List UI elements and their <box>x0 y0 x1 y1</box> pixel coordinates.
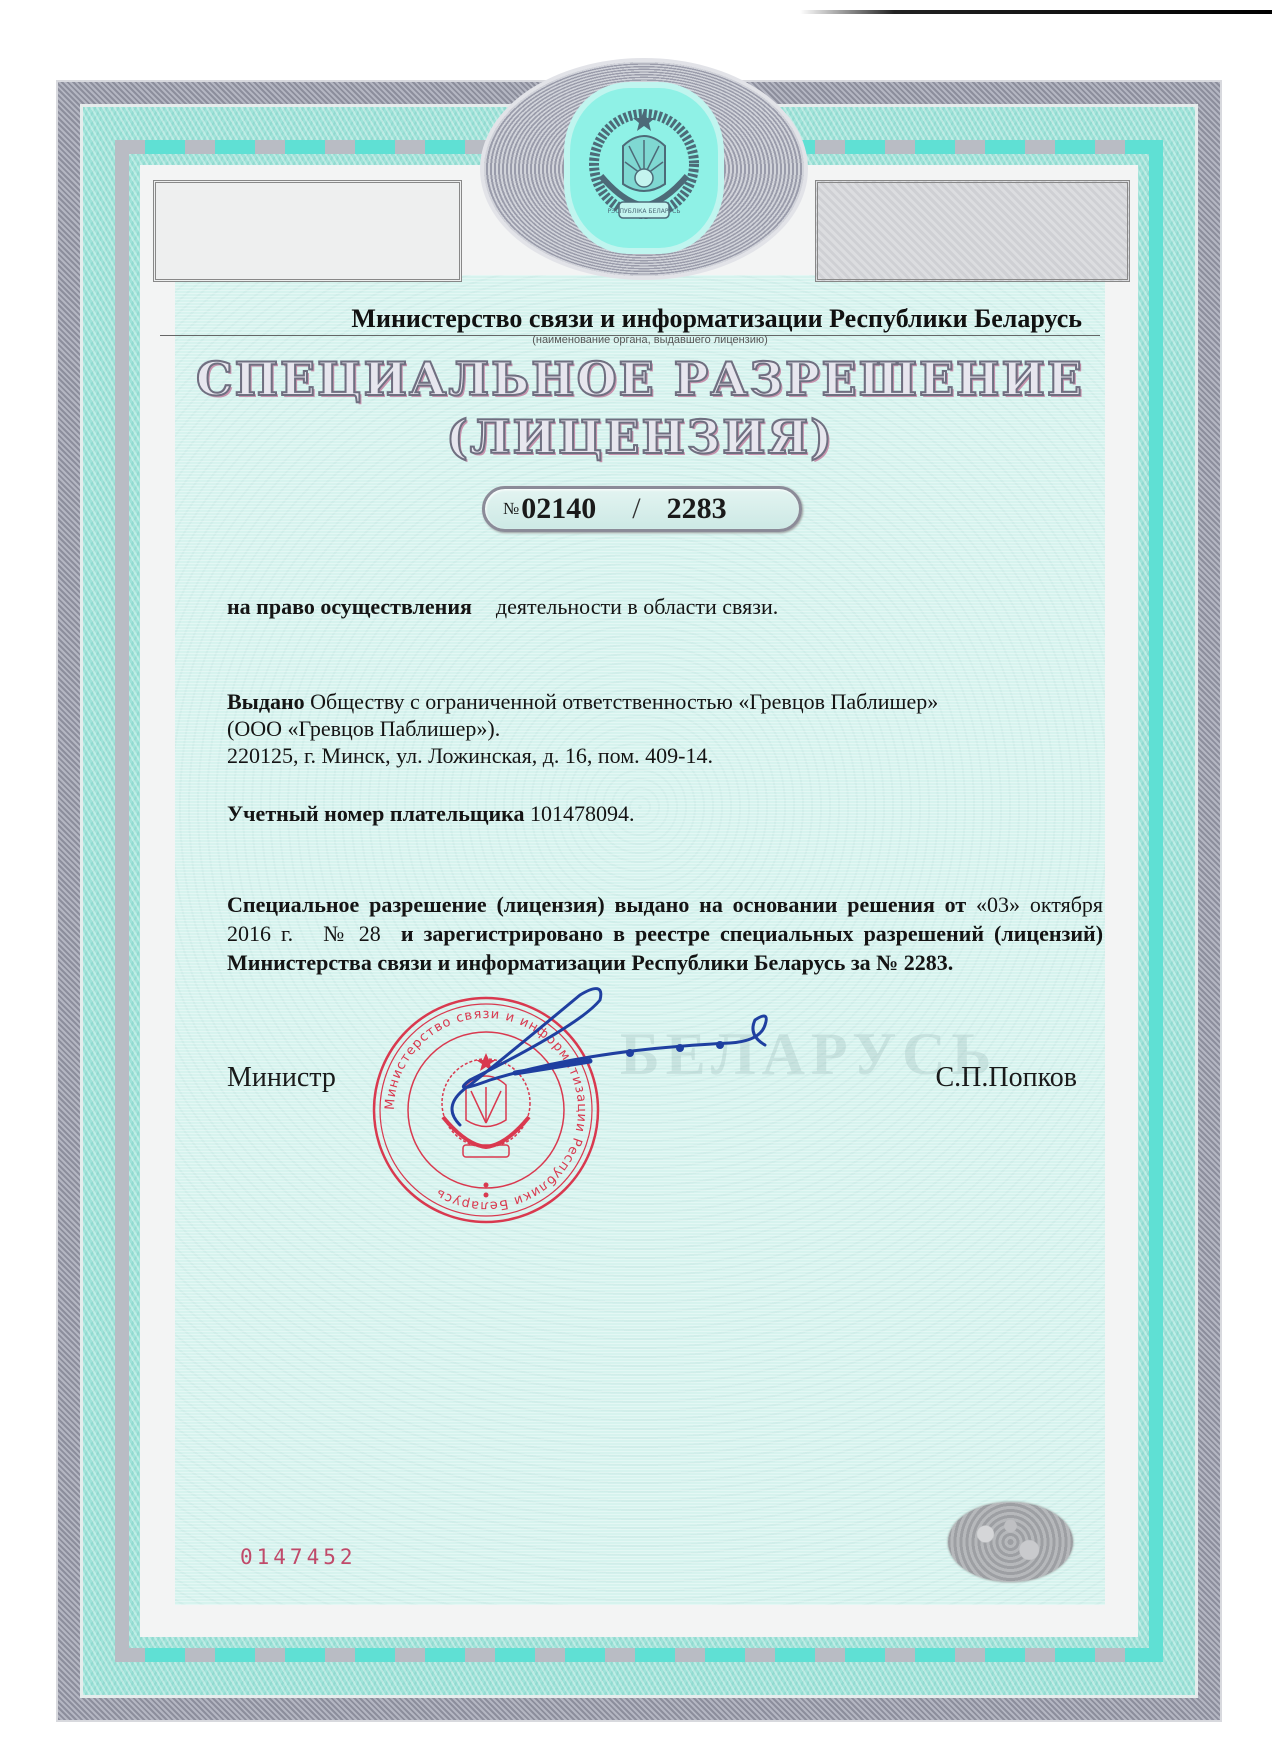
payer-number-block: Учетный номер плательщика 101478094. <box>227 800 1103 827</box>
blank-serial-number: 0147452 <box>240 1545 357 1569</box>
issued-to-short-name: (ООО «Гревцов Паблишер»). <box>227 716 500 741</box>
license-number: 02140 <box>521 492 596 526</box>
hologram-sticker <box>948 1502 1073 1582</box>
payer-number-value: 101478094. <box>530 801 635 826</box>
signatory-name: С.П.Попков <box>935 1062 1077 1094</box>
activity-value: деятельности в области связи. <box>496 594 778 619</box>
document-subtitle: (ЛИЦЕНЗИЯ) <box>175 410 1105 464</box>
decision-number: № 28 <box>323 921 381 946</box>
issued-to-address: 220125, г. Минск, ул. Ложинская, д. 16, … <box>227 743 713 768</box>
issuance-basis: Специальное разрешение (лицензия) выдано… <box>227 890 1103 977</box>
issued-to-block: Выдано Обществу с ограниченной ответстве… <box>227 688 1103 769</box>
activity-label: на право осуществления <box>227 594 472 619</box>
authority-caption: (наименование органа, выдавшего лицензию… <box>180 334 1120 346</box>
blank-field-left <box>153 180 462 282</box>
signatory-title: Министр <box>227 1062 336 1094</box>
basis-text-1: Специальное разрешение (лицензия) выдано… <box>227 892 966 917</box>
document-title: СПЕЦИАЛЬНОЕ РАЗРЕШЕНИЕ <box>175 352 1105 406</box>
issued-to-company: Обществу с ограниченной ответственностью… <box>310 689 938 714</box>
issuing-authority: Министерство связи и информатизации Респ… <box>160 303 1100 336</box>
signature-icon <box>430 985 890 1135</box>
activity-statement: на право осуществлениядеятельности в обл… <box>227 593 1103 620</box>
register-number: 2283 <box>667 492 727 526</box>
number-separator: / <box>632 492 640 526</box>
svg-text:РЭСПУБЛІКА БЕЛАРУСЬ: РЭСПУБЛІКА БЕЛАРУСЬ <box>608 208 681 215</box>
scan-edge-line <box>800 10 1272 14</box>
number-sign: № <box>503 499 519 519</box>
payer-number-label: Учетный номер плательщика <box>227 801 524 826</box>
issued-to-label: Выдано <box>227 689 305 714</box>
license-number-field: № 02140 / 2283 <box>482 486 802 532</box>
belarus-coat-of-arms-icon: РЭСПУБЛІКА БЕЛАРУСЬ <box>583 106 705 230</box>
blank-field-right <box>815 180 1130 282</box>
